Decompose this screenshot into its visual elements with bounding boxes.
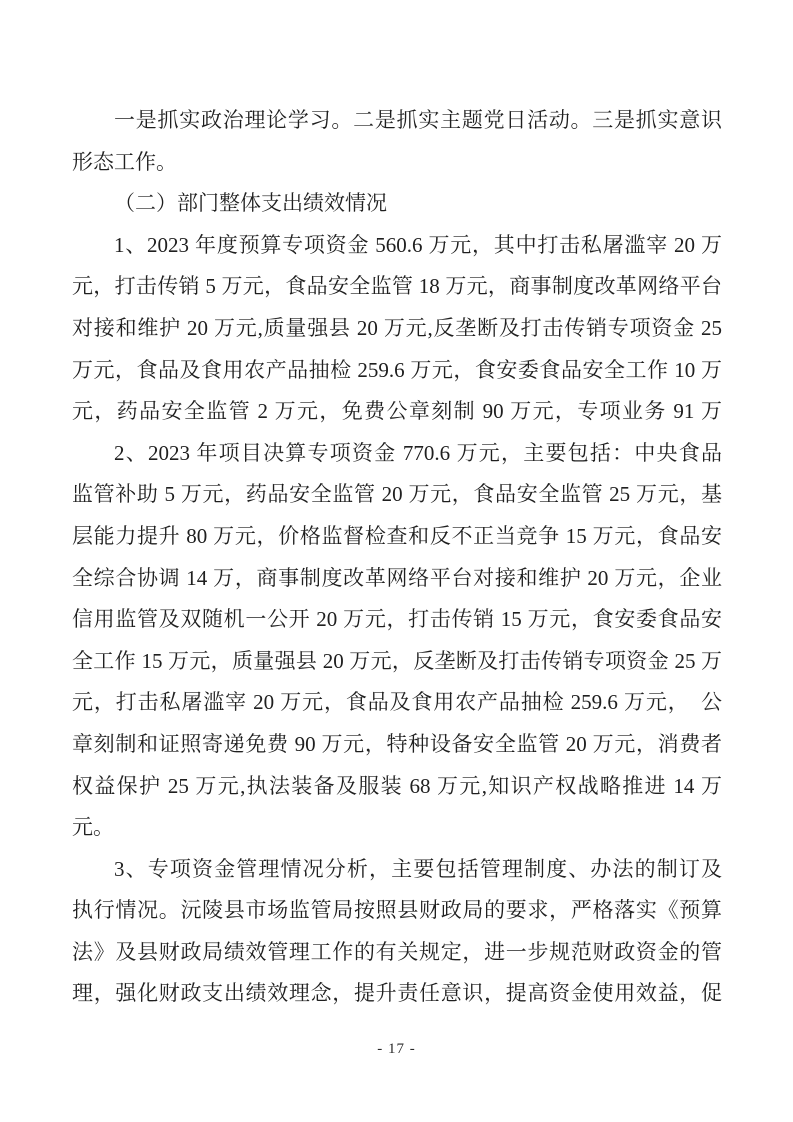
text-line: 1、2023 年度预算专项资金 560.6 万元，其中打击私屠滥宰 20 万	[72, 225, 722, 267]
text-line: 理，强化财政支出绩效理念，提升责任意识，提高资金使用效益，促	[72, 973, 722, 1015]
page-body: 一是抓实政治理论学习。二是抓实主题党日活动。三是抓实意识形态工作。（二）部门整体…	[72, 100, 722, 1015]
text-line: 2、2023 年项目决算专项资金 770.6 万元，主要包括：中央食品	[72, 433, 722, 475]
text-line: 3、专项资金管理情况分析，主要包括管理制度、办法的制订及	[72, 849, 722, 891]
text-line: 监管补助 5 万元，药品安全监管 20 万元，食品安全监管 25 万元，基	[72, 474, 722, 516]
text-line: 元，打击私屠滥宰 20 万元，食品及食用农产品抽检 259.6 万元， 公	[72, 682, 722, 724]
page-number: - 17 -	[0, 1039, 793, 1059]
text-line: 对接和维护 20 万元,质量强县 20 万元,反垄断及打击传销专项资金 25	[72, 308, 722, 350]
text-line: 执行情况。沅陵县市场监管局按照县财政局的要求，严格落实《预算	[72, 890, 722, 932]
text-line: 元，药品安全监管 2 万元，免费公章刻制 90 万元，专项业务 91 万元。	[72, 391, 722, 433]
text-line: 万元，食品及食用农产品抽检 259.6 万元，食安委食品安全工作 10 万	[72, 350, 722, 392]
text-line: 法》及县财政局绩效管理工作的有关规定，进一步规范财政资金的管	[72, 932, 722, 974]
text-line: 信用监管及双随机一公开 20 万元，打击传销 15 万元，食安委食品安	[72, 599, 722, 641]
text-line: 层能力提升 80 万元，价格监督检查和反不正当竞争 15 万元，食品安	[72, 516, 722, 558]
text-line: 权益保护 25 万元,执法装备及服装 68 万元,知识产权战略推进 14 万	[72, 766, 722, 808]
text-line: 章刻制和证照寄递免费 90 万元，特种设备安全监管 20 万元，消费者	[72, 724, 722, 766]
text-line: 元。	[72, 807, 722, 849]
text-line: （二）部门整体支出绩效情况	[72, 183, 722, 225]
text-line: 一是抓实政治理论学习。二是抓实主题党日活动。三是抓实意识	[72, 100, 722, 142]
document-page: 一是抓实政治理论学习。二是抓实主题党日活动。三是抓实意识形态工作。（二）部门整体…	[0, 0, 793, 1122]
text-line: 全工作 15 万元，质量强县 20 万元，反垄断及打击传销专项资金 25 万	[72, 641, 722, 683]
text-line: 全综合协调 14 万，商事制度改革网络平台对接和维护 20 万元，企业	[72, 558, 722, 600]
text-line: 形态工作。	[72, 142, 722, 184]
text-line: 元，打击传销 5 万元，食品安全监管 18 万元，商事制度改革网络平台	[72, 266, 722, 308]
